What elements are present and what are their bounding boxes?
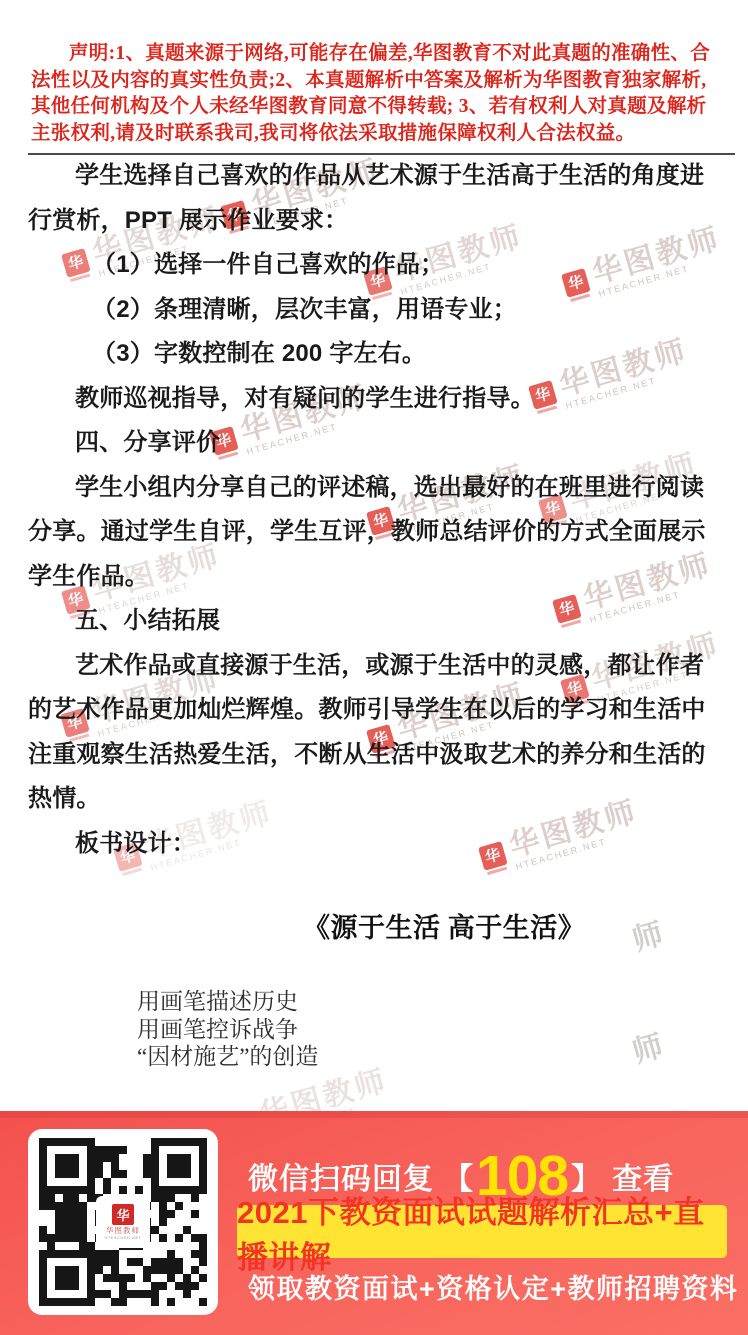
qr-finder-icon [151, 1138, 207, 1194]
list-item-2: （2）条理清晰，层次丰富，用语专业； [28, 288, 714, 333]
section-heading-share: 四、分享评价 [28, 421, 714, 466]
board-title: 《源于生活 高于生活》 [303, 906, 585, 945]
huatu-logo-icon: 华 [112, 1204, 134, 1225]
board-lines: 用画笔描述历史 用画笔控诉战争 “因材施艺”的创造 [137, 988, 318, 1071]
section-heading-summary: 五、小结拓展 [28, 599, 714, 644]
document-page: 华华图教师HTEACHER.NET华华图教师HTEACHER.NET华华图教师H… [0, 0, 748, 1335]
promo-banner: 华 华图教师 HTEACHER.NET 微信扫码回复 【 108 】 查看 20… [0, 1111, 748, 1335]
paragraph-summary: 艺术作品或直接源于生活，或源于生活中的灵感，都让作者的艺术作品更加灿烂辉煌。教师… [28, 644, 714, 822]
disclaimer-text: 声明:1、真题来源于网络,可能存在偏差,华图教育不对此真题的准确性、合法性以及内… [31, 41, 715, 147]
banner-line-2: 2021下教资面试试题解析汇总+直播讲解 [237, 1187, 727, 1277]
qr-finder-icon [39, 1138, 95, 1194]
watermark-fragment: 师 [627, 909, 668, 960]
qr-center-badge: 华 华图教师 HTEACHER.NET [96, 1196, 150, 1248]
board-line-3: “因材施艺”的创造 [137, 1043, 318, 1071]
list-item-3: （3）字数控制在 200 字左右。 [28, 332, 714, 377]
qr-badge-brand: 华图教师 [106, 1227, 140, 1235]
qr-panel: 华 华图教师 HTEACHER.NET [28, 1129, 218, 1315]
watermark-fragment: 师 [627, 1021, 668, 1072]
qr-badge-domain: HTEACHER.NET [104, 1236, 141, 1240]
qr-finder-icon [39, 1250, 95, 1306]
list-item-1: （1）选择一件自己喜欢的作品； [28, 243, 714, 288]
paragraph-assignment: 学生选择自己喜欢的作品从艺术源于生活高于生活的角度进行赏析，PPT 展示作业要求… [28, 154, 714, 243]
banner-line-3: 领取教资面试+资格认定+教师招聘资料 [248, 1267, 739, 1306]
banner-highlight-box: 2021下教资面试试题解析汇总+直播讲解 [237, 1205, 727, 1258]
lesson-body: 学生选择自己喜欢的作品从艺术源于生活高于生活的角度进行赏析，PPT 展示作业要求… [28, 154, 714, 866]
board-line-2: 用画笔控诉战争 [137, 1016, 318, 1044]
board-design-label: 板书设计： [28, 822, 714, 867]
board-line-1: 用画笔描述历史 [137, 988, 318, 1016]
paragraph-share: 学生小组内分享自己的评述稿，选出最好的在班里进行阅读分享。通过学生自评，学生互评… [28, 466, 714, 600]
paragraph-guidance: 教师巡视指导，对有疑问的学生进行指导。 [28, 377, 714, 422]
